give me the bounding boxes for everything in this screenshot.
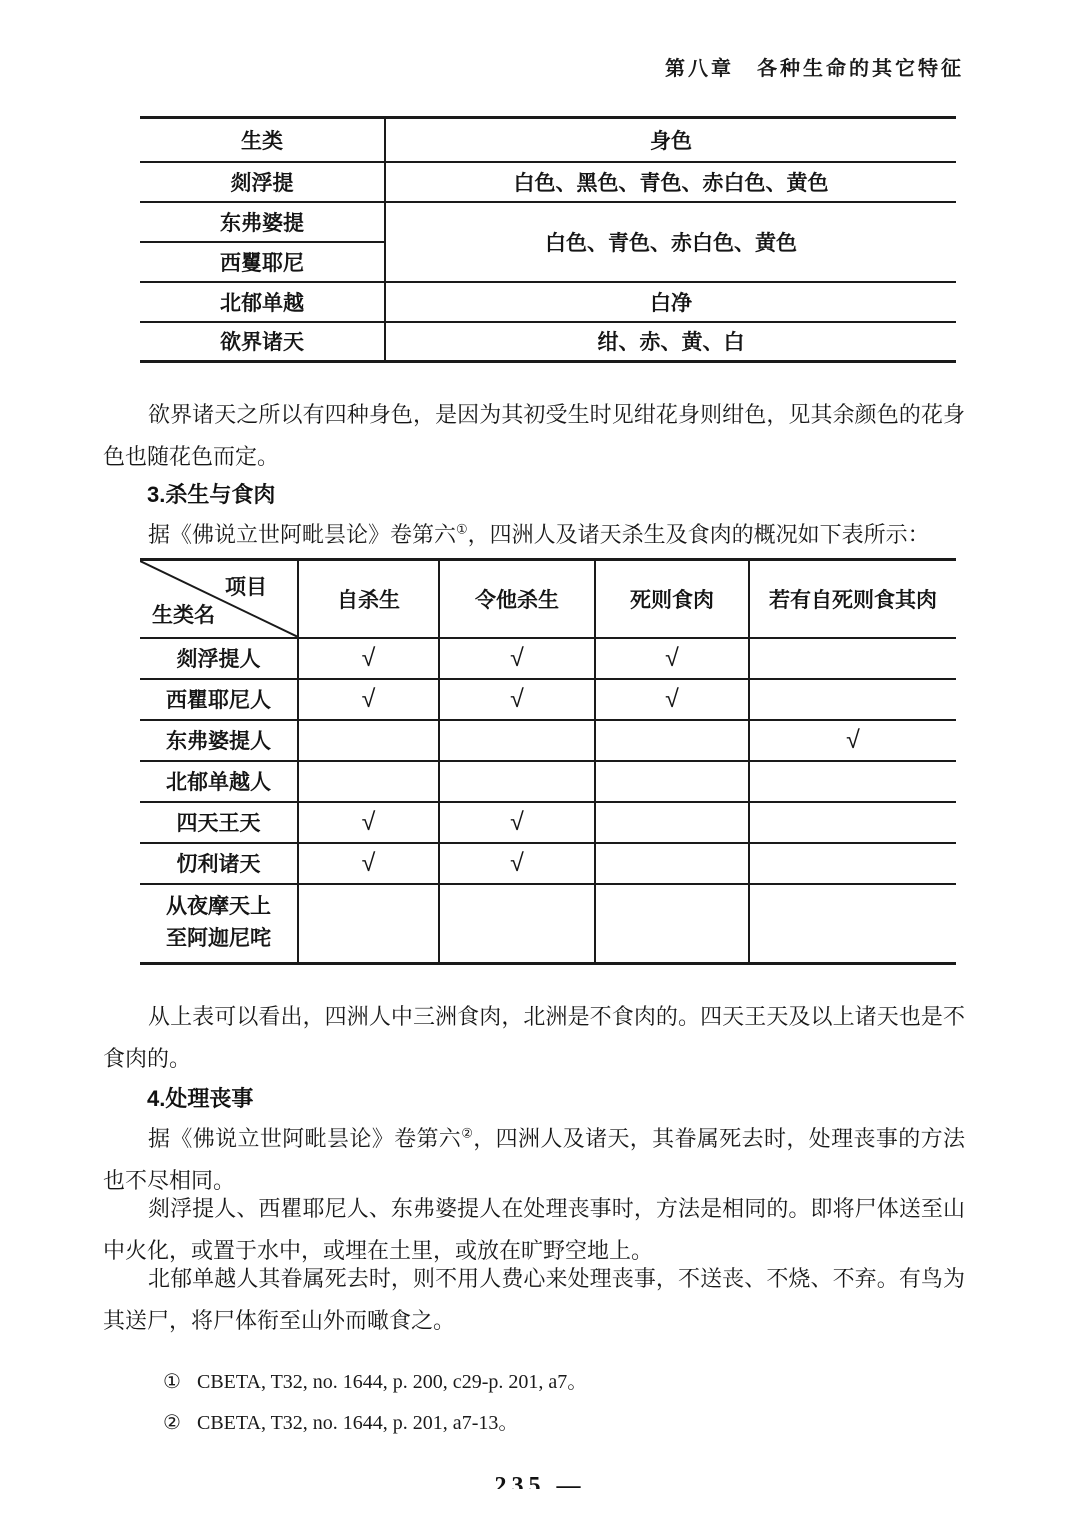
check-cell <box>749 802 956 843</box>
row-name: 忉利诸天 <box>140 843 298 884</box>
check-cell: √ <box>439 802 595 843</box>
col-header-eat-natural-death: 若有自死则食其肉 <box>749 560 956 638</box>
row-name-line2: 至阿迦尼咤 <box>140 923 297 955</box>
intro-text-pre: 据《佛说立世阿毗昙论》卷第六 <box>148 522 456 547</box>
check-cell <box>749 843 956 884</box>
table-row: 忉利诸天 √ √ <box>140 843 956 884</box>
table-row: 剡浮提 白色、黑色、青色、赤白色、黄色 <box>140 162 956 202</box>
book-page: 第八章 各种生命的其它特征 生类 身色 剡浮提 白色、黑色、青色、赤白色、黄色 … <box>0 0 1080 1528</box>
table-row: 剡浮提人 √ √ √ <box>140 638 956 679</box>
row-name: 东弗婆提 <box>140 202 385 242</box>
footnote-item: ①CBETA, T32, no. 1644, p. 200, c29-p. 20… <box>163 1362 587 1403</box>
check-cell <box>749 761 956 802</box>
row-name-line1: 从夜摩天上 <box>140 891 297 923</box>
check-cell <box>595 843 749 884</box>
check-cell <box>298 761 439 802</box>
footnote-item: ②CBETA, T32, no. 1644, p. 201, a7-13。 <box>163 1403 587 1444</box>
check-cell <box>595 761 749 802</box>
check-cell: √ <box>749 720 956 761</box>
killing-meat-table: 项目 生类名 自杀生 令他杀生 死则食肉 若有自死则食其肉 剡浮提人 √ √ √… <box>140 558 956 965</box>
row-name: 剡浮提人 <box>140 638 298 679</box>
check-cell: √ <box>595 638 749 679</box>
check-cell: √ <box>298 679 439 720</box>
row-value-merged: 白色、青色、赤白色、黄色 <box>385 202 956 282</box>
table-header-row: 项目 生类名 自杀生 令他杀生 死则食肉 若有自死则食其肉 <box>140 560 956 638</box>
check-cell <box>595 802 749 843</box>
check-cell <box>298 884 439 964</box>
row-value: 白色、黑色、青色、赤白色、黄色 <box>385 162 956 202</box>
table-row: 北郁单越 白净 <box>140 282 956 322</box>
row-name: 东弗婆提人 <box>140 720 298 761</box>
check-cell: √ <box>298 843 439 884</box>
check-cell: √ <box>439 843 595 884</box>
footnote-marker: ① <box>163 1362 197 1403</box>
paragraph-table2-summary: 从上表可以看出，四洲人中三洲食肉，北洲是不食肉的。四天王天及以上诸天也是不食肉的… <box>103 996 965 1080</box>
check-cell: √ <box>595 679 749 720</box>
body-color-table: 生类 身色 剡浮提 白色、黑色、青色、赤白色、黄色 东弗婆提 白色、青色、赤白色… <box>140 116 956 363</box>
table-row: 东弗婆提 白色、青色、赤白色、黄色 <box>140 202 956 242</box>
check-cell <box>439 720 595 761</box>
row-name: 四天王天 <box>140 802 298 843</box>
col-header-shenglei: 生类 <box>140 118 385 162</box>
footnote-ref-2: ② <box>461 1126 473 1141</box>
table-row: 北郁单越人 <box>140 761 956 802</box>
table-header-row: 生类 身色 <box>140 118 956 162</box>
table-row: 东弗婆提人 √ <box>140 720 956 761</box>
table-row: 从夜摩天上 至阿迦尼咤 <box>140 884 956 964</box>
check-cell: √ <box>439 679 595 720</box>
paragraph-table2-intro: 据《佛说立世阿毗昙论》卷第六①，四洲人及诸天杀生及食肉的概况如下表所示： <box>103 514 965 556</box>
section-4-title: 4.处理丧事 <box>147 1082 253 1113</box>
row-name: 剡浮提 <box>140 162 385 202</box>
table-row: 西瞿耶尼人 √ √ √ <box>140 679 956 720</box>
row-value: 绀、赤、黄、白 <box>385 322 956 362</box>
check-cell: √ <box>439 638 595 679</box>
paragraph-body-color-note: 欲界诸天之所以有四种身色，是因为其初受生时见绀花身则绀色，见其余颜色的花身色也随… <box>103 394 965 478</box>
col-header-shense: 身色 <box>385 118 956 162</box>
col-header-eat-when-dead: 死则食肉 <box>595 560 749 638</box>
corner-header-cell: 项目 生类名 <box>140 560 298 638</box>
row-name: 西矍耶尼 <box>140 242 385 282</box>
corner-label-item: 项目 <box>225 571 267 601</box>
col-header-self-kill: 自杀生 <box>298 560 439 638</box>
funeral-text-pre: 据《佛说立世阿毗昙论》卷第六 <box>148 1126 461 1151</box>
page-number-clip: 235 — <box>0 1473 1080 1489</box>
check-cell <box>439 761 595 802</box>
row-value: 白净 <box>385 282 956 322</box>
footnote-text: CBETA, T32, no. 1644, p. 201, a7-13。 <box>197 1412 518 1434</box>
col-header-order-kill: 令他杀生 <box>439 560 595 638</box>
row-name-two-lines: 从夜摩天上 至阿迦尼咤 <box>140 884 298 964</box>
check-cell <box>749 638 956 679</box>
row-name: 北郁单越人 <box>140 761 298 802</box>
section-3-title: 3.杀生与食肉 <box>147 478 275 509</box>
page-number: 235 — <box>0 1473 1080 1489</box>
check-cell <box>595 720 749 761</box>
check-cell <box>595 884 749 964</box>
table-row: 四天王天 √ √ <box>140 802 956 843</box>
check-cell <box>749 884 956 964</box>
footnote-text: CBETA, T32, no. 1644, p. 200, c29-p. 201… <box>197 1371 587 1393</box>
check-cell: √ <box>298 638 439 679</box>
footnote-marker: ② <box>163 1403 197 1444</box>
footnotes-block: ①CBETA, T32, no. 1644, p. 200, c29-p. 20… <box>163 1362 587 1444</box>
row-name: 西瞿耶尼人 <box>140 679 298 720</box>
check-cell: √ <box>298 802 439 843</box>
check-cell <box>439 884 595 964</box>
check-cell <box>298 720 439 761</box>
corner-label-category: 生类名 <box>152 599 215 629</box>
row-name: 欲界诸天 <box>140 322 385 362</box>
table-row: 欲界诸天 绀、赤、黄、白 <box>140 322 956 362</box>
intro-text-post: ，四洲人及诸天杀生及食肉的概况如下表所示： <box>468 522 930 547</box>
check-cell <box>749 679 956 720</box>
footnote-ref-1: ① <box>456 522 468 537</box>
row-name: 北郁单越 <box>140 282 385 322</box>
chapter-running-head: 第八章 各种生命的其它特征 <box>665 52 964 81</box>
paragraph-north-continent-funeral: 北郁单越人其眷属死去时，则不用人费心来处理丧事，不送丧、不烧、不弃。有鸟为其送尸… <box>103 1258 965 1342</box>
